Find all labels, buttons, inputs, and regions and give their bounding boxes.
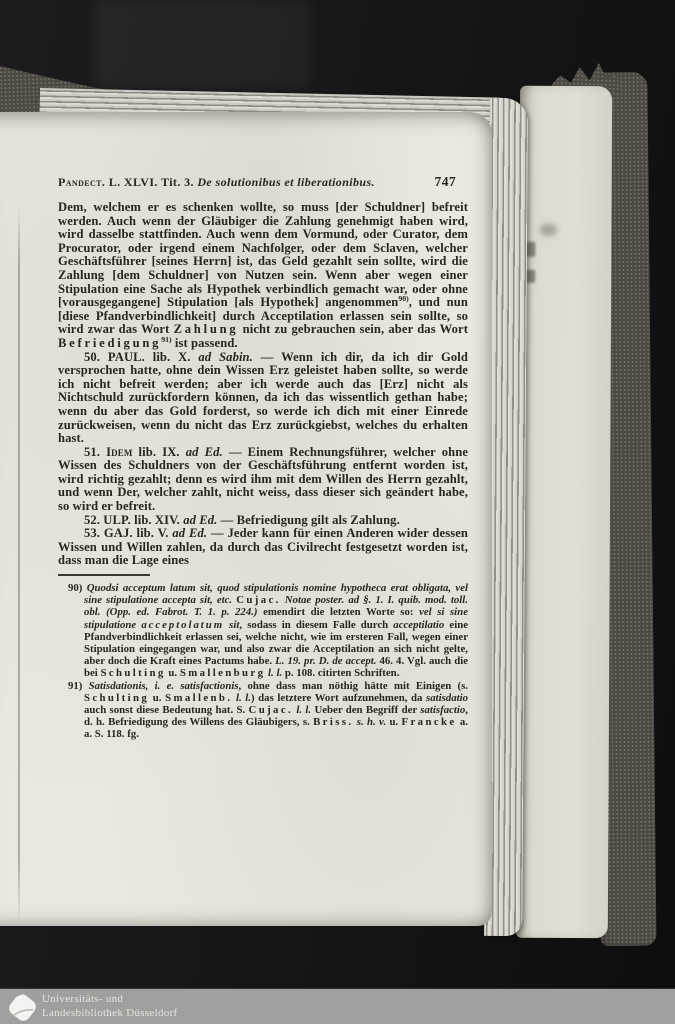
library-name-line1: Universitäts- und [42,992,178,1006]
header-series: Pandect. [58,175,105,189]
section-52-ulpianus: 52. ULP. lib. XIV. ad Ed. — Befriedigung… [58,514,468,528]
header-chapter-title: De solutionibus et liberationibus. [197,175,375,189]
section-51-idem: 51. Idem lib. IX. ad Ed. — Einem Rechnun… [58,446,468,514]
library-name-line2: Landesbibliothek Düsseldorf [42,1006,178,1020]
printed-text-block: Pandect. L. XLVI. Tit. 3. De solutionibu… [58,174,468,741]
book-scan-photo: Pandect. L. XLVI. Tit. 3. De solutionibu… [0,0,675,1024]
background-shadow-patch [95,0,310,88]
facing-page-edge [516,86,612,938]
ink-bleed-mark [526,242,535,257]
header-title-group: Pandect. L. XLVI. Tit. 3. De solutionibu… [58,175,427,190]
footnote-separator-rule [58,574,150,576]
footnote-91: 91) Satisdationis, i. e. satisfactionis,… [58,680,468,741]
ulb-cube-logo-icon [2,987,42,1024]
section-53-gajus: 53. GAJ. lib. V. ad Ed. — Jeder kann für… [58,527,468,568]
page-smudge [539,224,557,236]
book-page: Pandect. L. XLVI. Tit. 3. De solutionibu… [0,112,492,926]
ink-bleed-mark [526,270,535,283]
section-50-paulus: 50. PAUL. lib. X. ad Sabin. — Wenn ich d… [58,351,468,446]
library-name: Universitäts- und Landesbibliothek Düsse… [42,992,178,1020]
body-text: Dem, welchem er es schenken wollte, so m… [58,201,468,568]
library-banner: Universitäts- und Landesbibliothek Düsse… [0,989,675,1024]
page-number: 747 [435,174,456,190]
footnotes-block: 90) Quodsi acceptum latum sit, quod stip… [58,582,468,741]
paragraph-continuation: Dem, welchem er es schenken wollte, so m… [58,201,468,351]
footnote-90: 90) Quodsi acceptum latum sit, quod stip… [58,582,468,680]
running-header: Pandect. L. XLVI. Tit. 3. De solutionibu… [58,174,468,190]
header-locus: L. XLVI. Tit. 3. [105,175,197,189]
page-fold-line [18,208,20,922]
